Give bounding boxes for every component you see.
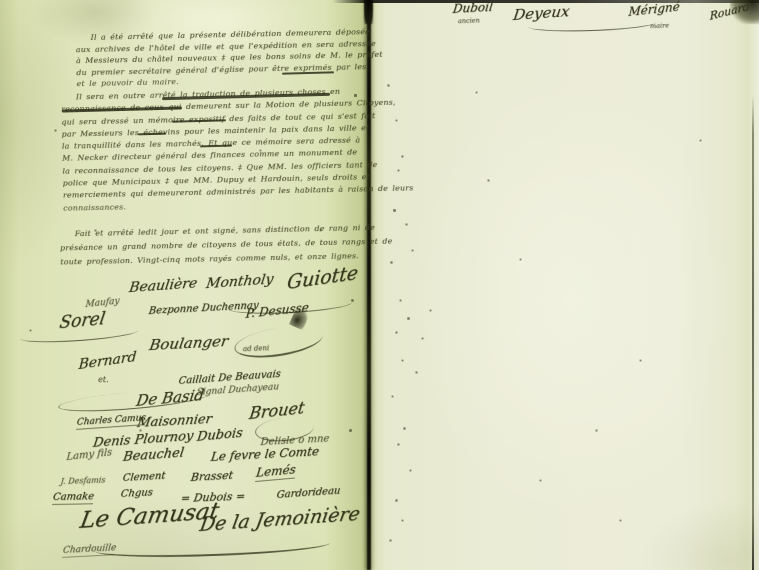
signature: Chgus <box>120 487 153 500</box>
signature: Clement <box>122 471 166 484</box>
paragraph: Fait et arrêté ledit jour et ont signé, … <box>60 221 393 271</box>
page-right-edge <box>752 95 754 570</box>
signature: J. Desfamis <box>60 475 106 486</box>
signature: Brasset <box>190 469 234 484</box>
signature-title: ancien <box>458 16 480 25</box>
paragraph: Il sera en outre arrêté la traduction de… <box>61 84 414 214</box>
right-page <box>370 0 759 570</box>
signature: et. <box>98 375 109 384</box>
signature: Duboil <box>452 0 494 16</box>
manuscript-scan: Il a été arrêté que la présente délibéra… <box>0 0 759 570</box>
binding-stitch <box>364 0 373 24</box>
paragraph: Il a été arrêté que la présente délibéra… <box>75 26 383 90</box>
ink-specks <box>0 0 1 1</box>
signature: Camake <box>52 491 95 505</box>
signature: ad deni <box>243 344 270 353</box>
